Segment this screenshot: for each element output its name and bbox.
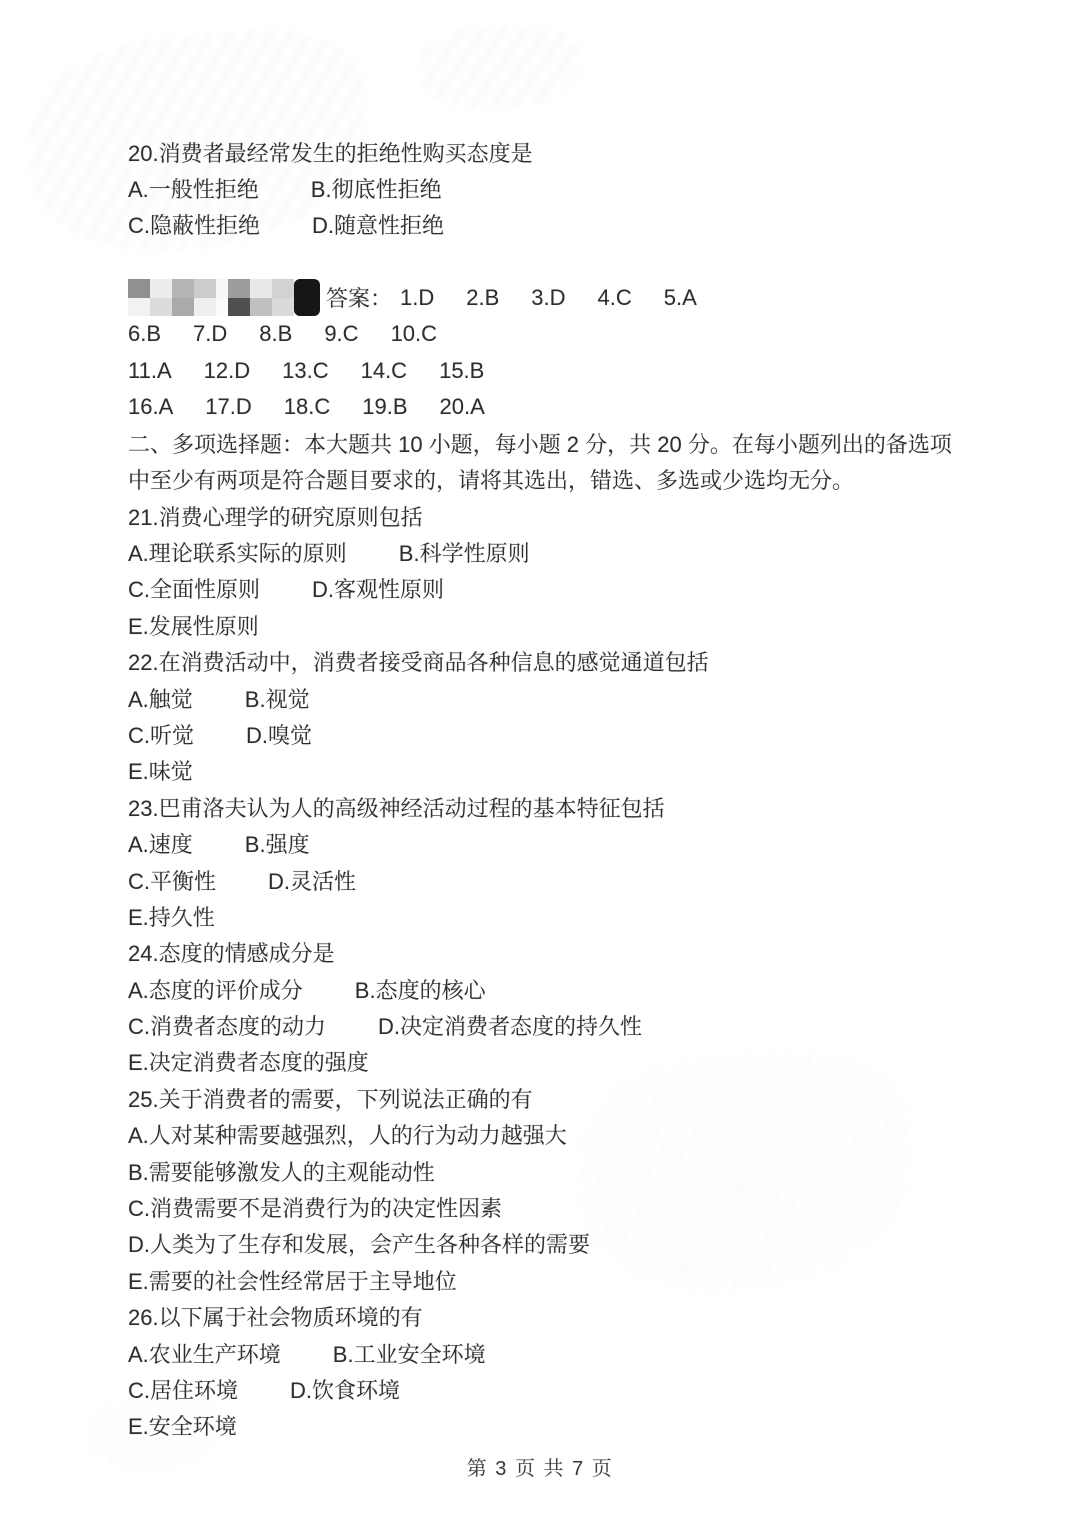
mosaic-cell bbox=[172, 298, 194, 317]
mosaic-column bbox=[272, 279, 294, 316]
option-row: C.消费者态度的动力D.决定消费者态度的持久性 bbox=[128, 1007, 1058, 1043]
mosaic-cell bbox=[216, 298, 228, 317]
option-row bbox=[128, 243, 1058, 279]
option: A.速度 bbox=[128, 828, 193, 859]
answer-item: 19.B bbox=[362, 394, 407, 420]
option-row: D.人类为了生存和发展，会产生各种各样的需要 bbox=[128, 1226, 1058, 1262]
option-row: E.安全环境 bbox=[128, 1408, 1058, 1444]
answer-item: 14.C bbox=[361, 358, 407, 384]
mosaic-cell bbox=[250, 298, 272, 317]
answer-key-block: 答案：1.D2.B3.D4.C5.A6.B7.D8.B9.C10.C11.A12… bbox=[128, 280, 1058, 426]
question-stem-line: 23.巴甫洛夫认为人的高级神经活动过程的基本特征包括 bbox=[128, 789, 1058, 825]
option: E.决定消费者态度的强度 bbox=[128, 1046, 369, 1077]
answer-key-row: 11.A12.D13.C14.C15.B bbox=[128, 352, 1058, 388]
option-row: A.理论联系实际的原则B.科学性原则 bbox=[128, 534, 1058, 570]
question-stem: 23.巴甫洛夫认为人的高级神经活动过程的基本特征包括 bbox=[128, 792, 665, 823]
option: D.人类为了生存和发展，会产生各种各样的需要 bbox=[128, 1228, 590, 1259]
answer-item: 6.B bbox=[128, 321, 161, 347]
mosaic-cell bbox=[128, 298, 150, 317]
section2-heading: 二、多项选择题：本大题共 10 小题，每小题 2 分，共 20 分。在每小题列出… bbox=[128, 425, 1058, 498]
answer-key-label: 答案： bbox=[326, 282, 392, 313]
mosaic-column bbox=[250, 279, 272, 316]
option: E.需要的社会性经常居于主导地位 bbox=[128, 1265, 457, 1296]
option-row: A.农业生产环境B.工业安全环境 bbox=[128, 1335, 1058, 1371]
option: D.客观性原则 bbox=[312, 573, 444, 604]
option: D.灵活性 bbox=[268, 865, 356, 896]
answer-item: 12.D bbox=[204, 358, 250, 384]
mosaic-cell bbox=[272, 298, 294, 317]
option-row: E.发展性原则 bbox=[128, 607, 1058, 643]
mosaic-cell bbox=[228, 279, 250, 298]
mosaic-cell bbox=[128, 279, 150, 298]
multi-questions-block: 21.消费心理学的研究原则包括A.理论联系实际的原则B.科学性原则C.全面性原则… bbox=[128, 498, 1058, 1444]
option-row: C.消费需要不是消费行为的决定性因素 bbox=[128, 1189, 1058, 1225]
option: C.听觉 bbox=[128, 719, 194, 750]
question-stem: 22.在消费活动中，消费者接受商品各种信息的感觉通道包括 bbox=[128, 646, 709, 677]
section2-text: 二、多项选择题：本大题共 10 小题，每小题 2 分，共 20 分。在每小题列出… bbox=[128, 428, 952, 459]
answer-item: 1.D bbox=[400, 285, 434, 311]
mosaic-column bbox=[194, 279, 216, 316]
option: A.农业生产环境 bbox=[128, 1338, 281, 1369]
mosaic-cell bbox=[250, 279, 272, 298]
question-stem: 25.关于消费者的需要，下列说法正确的有 bbox=[128, 1083, 533, 1114]
mosaic-cell bbox=[172, 279, 194, 298]
option-row: E.味觉 bbox=[128, 753, 1058, 789]
answer-item: 7.D bbox=[193, 321, 227, 347]
option-row: B.需要能够激发人的主观能动性 bbox=[128, 1153, 1058, 1189]
option: A.理论联系实际的原则 bbox=[128, 537, 347, 568]
mosaic-column bbox=[216, 279, 228, 316]
option-row: A.触觉B.视觉 bbox=[128, 680, 1058, 716]
question-stem-line: 20.消费者最经常发生的拒绝性购买态度是 bbox=[128, 134, 1058, 170]
option: A.一般性拒绝 bbox=[128, 173, 259, 204]
question-block-20: 20.消费者最经常发生的拒绝性购买态度是A.一般性拒绝B.彻底性拒绝C.隐蔽性拒… bbox=[128, 134, 1058, 280]
option: D.嗅觉 bbox=[246, 719, 312, 750]
option: A.人对某种需要越强烈，人的行为动力越强大 bbox=[128, 1119, 567, 1150]
option: A.态度的评价成分 bbox=[128, 974, 303, 1005]
question-stem-line: 24.态度的情感成分是 bbox=[128, 935, 1058, 971]
answer-item: 5.A bbox=[664, 285, 697, 311]
question-stem: 20.消费者最经常发生的拒绝性购买态度是 bbox=[128, 137, 533, 168]
option: E.味觉 bbox=[128, 755, 193, 786]
answer-key-row: 16.A17.D18.C19.B20.A bbox=[128, 389, 1058, 425]
option-row: C.全面性原则D.客观性原则 bbox=[128, 571, 1058, 607]
option-row: C.隐蔽性拒绝D.随意性拒绝 bbox=[128, 207, 1058, 243]
option: D.决定消费者态度的持久性 bbox=[378, 1010, 642, 1041]
question-stem: 24.态度的情感成分是 bbox=[128, 937, 335, 968]
faint-watermark bbox=[420, 26, 580, 110]
answer-item: 11.A bbox=[128, 358, 172, 384]
mosaic-cell bbox=[150, 298, 172, 317]
option: B.工业安全环境 bbox=[333, 1338, 486, 1369]
answer-item: 20.A bbox=[440, 394, 485, 420]
mosaic-cell bbox=[194, 279, 216, 298]
option: C.居住环境 bbox=[128, 1374, 238, 1405]
question-stem: 26.以下属于社会物质环境的有 bbox=[128, 1301, 423, 1332]
answer-item: 9.C bbox=[324, 321, 358, 347]
section2-line2: 中至少有两项是符合题目要求的，请将其选出，错选、多选或少选均无分。 bbox=[128, 462, 1058, 498]
question-stem-line: 26.以下属于社会物质环境的有 bbox=[128, 1299, 1058, 1335]
mosaic-cell bbox=[272, 279, 294, 298]
option: D.饮食环境 bbox=[290, 1374, 400, 1405]
mosaic-column bbox=[228, 279, 250, 316]
option: C.消费者态度的动力 bbox=[128, 1010, 326, 1041]
answer-key-row: 答案：1.D2.B3.D4.C5.A bbox=[128, 280, 1058, 316]
answer-item: 4.C bbox=[598, 285, 632, 311]
answer-item: 18.C bbox=[284, 394, 330, 420]
question-stem-line: 21.消费心理学的研究原则包括 bbox=[128, 498, 1058, 534]
option-row: C.居住环境D.饮食环境 bbox=[128, 1371, 1058, 1407]
mosaic-cell bbox=[194, 298, 216, 317]
option-row: A.速度B.强度 bbox=[128, 825, 1058, 861]
option: C.消费需要不是消费行为的决定性因素 bbox=[128, 1192, 502, 1223]
page-footer: 第 3 页 共 7 页 bbox=[0, 1452, 1080, 1481]
exam-page: 20.消费者最经常发生的拒绝性购买态度是A.一般性拒绝B.彻底性拒绝C.隐蔽性拒… bbox=[0, 0, 1080, 1527]
option: C.全面性原则 bbox=[128, 573, 260, 604]
option: E.持久性 bbox=[128, 901, 215, 932]
redacted-mosaic bbox=[128, 279, 320, 316]
option-row: C.听觉D.嗅觉 bbox=[128, 716, 1058, 752]
answer-item: 15.B bbox=[439, 358, 484, 384]
option: B.强度 bbox=[245, 828, 310, 859]
answer-item: 3.D bbox=[531, 285, 565, 311]
answer-item: 2.B bbox=[466, 285, 499, 311]
option: B.彻底性拒绝 bbox=[311, 173, 442, 204]
option-row: C.平衡性D.灵活性 bbox=[128, 862, 1058, 898]
mosaic-cell bbox=[150, 279, 172, 298]
option-row: E.需要的社会性经常居于主导地位 bbox=[128, 1262, 1058, 1298]
option-row: A.人对某种需要越强烈，人的行为动力越强大 bbox=[128, 1117, 1058, 1153]
answer-item: 8.B bbox=[259, 321, 292, 347]
option: E.安全环境 bbox=[128, 1410, 237, 1441]
option: C.平衡性 bbox=[128, 865, 216, 896]
exam-content: 20.消费者最经常发生的拒绝性购买态度是A.一般性拒绝B.彻底性拒绝C.隐蔽性拒… bbox=[128, 134, 1058, 1444]
option: B.需要能够激发人的主观能动性 bbox=[128, 1156, 435, 1187]
redacted-black-block bbox=[294, 279, 320, 316]
option-row: A.态度的评价成分B.态度的核心 bbox=[128, 971, 1058, 1007]
option-row: E.持久性 bbox=[128, 898, 1058, 934]
section2-text: 中至少有两项是符合题目要求的，请将其选出，错选、多选或少选均无分。 bbox=[128, 464, 854, 495]
answer-item: 10.C bbox=[391, 321, 437, 347]
option: B.态度的核心 bbox=[355, 974, 486, 1005]
mosaic-column bbox=[150, 279, 172, 316]
mosaic-column bbox=[128, 279, 150, 316]
answer-item: 13.C bbox=[282, 358, 328, 384]
option: A.触觉 bbox=[128, 683, 193, 714]
mosaic-cell bbox=[228, 298, 250, 317]
answer-key-row: 6.B7.D8.B9.C10.C bbox=[128, 316, 1058, 352]
option-row: E.决定消费者态度的强度 bbox=[128, 1044, 1058, 1080]
mosaic-column bbox=[172, 279, 194, 316]
question-stem-line: 25.关于消费者的需要，下列说法正确的有 bbox=[128, 1080, 1058, 1116]
question-stem: 21.消费心理学的研究原则包括 bbox=[128, 501, 423, 532]
option-row: A.一般性拒绝B.彻底性拒绝 bbox=[128, 170, 1058, 206]
section2-line1: 二、多项选择题：本大题共 10 小题，每小题 2 分，共 20 分。在每小题列出… bbox=[128, 425, 1058, 461]
answer-item: 16.A bbox=[128, 394, 173, 420]
option: E.发展性原则 bbox=[128, 610, 259, 641]
option: C.隐蔽性拒绝 bbox=[128, 209, 260, 240]
option: D.随意性拒绝 bbox=[312, 209, 444, 240]
option: B.视觉 bbox=[245, 683, 310, 714]
option: B.科学性原则 bbox=[399, 537, 530, 568]
question-stem-line: 22.在消费活动中，消费者接受商品各种信息的感觉通道包括 bbox=[128, 643, 1058, 679]
answer-item: 17.D bbox=[205, 394, 251, 420]
mosaic-cell bbox=[216, 279, 228, 298]
